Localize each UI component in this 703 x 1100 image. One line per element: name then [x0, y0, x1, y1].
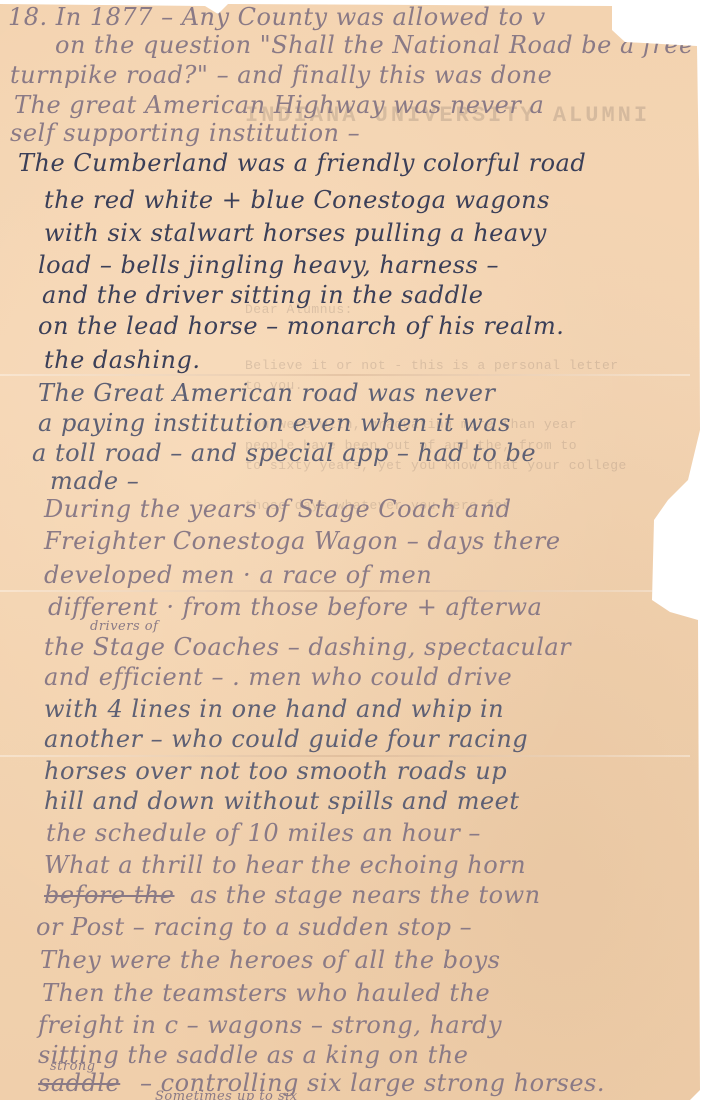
struck-text: before the: [44, 880, 175, 910]
handwritten-line: a toll road – and special app – had to b…: [32, 438, 536, 468]
handwritten-line: Freighter Conestoga Wagon – days there: [44, 526, 561, 556]
handwritten-line: horses over not too smooth roads up: [44, 756, 507, 786]
handwritten-line: the red white + blue Conestoga wagons: [44, 185, 550, 215]
manuscript-page: INDIANA UNIVERSITY ALUMNI Dear Alumnus: …: [0, 0, 703, 1100]
handwritten-line: as the stage nears the town: [190, 880, 541, 910]
handwritten-line: load – bells jingling heavy, harness –: [38, 250, 499, 280]
handwritten-line: a paying institution even when it was: [38, 408, 511, 438]
handwritten-line: on the question "Shall the National Road…: [55, 30, 694, 60]
handwritten-line: turnpike road?" – and finally this was d…: [10, 60, 552, 90]
handwritten-line: hill and down without spills and meet: [44, 786, 520, 816]
handwritten-line: and efficient – . men who could drive: [44, 662, 512, 692]
struck-text: saddle: [38, 1068, 120, 1098]
handwritten-line: with 4 lines in one hand and whip in: [44, 694, 504, 724]
handwritten-line: made –: [50, 466, 139, 496]
handwritten-line: freight in c – wagons – strong, hardy: [38, 1010, 502, 1040]
handwritten-line: the schedule of 10 miles an hour –: [46, 818, 481, 848]
handwritten-line: with six stalwart horses pulling a heavy: [44, 218, 547, 248]
handwritten-line: on the lead horse – monarch of his realm…: [38, 311, 564, 341]
handwritten-line: another – who could guide four racing: [44, 724, 528, 754]
handwritten-line: The Cumberland was a friendly colorful r…: [18, 148, 586, 178]
handwritten-line: What a thrill to hear the echoing horn: [44, 850, 526, 880]
handwritten-line: the dashing.: [44, 345, 201, 375]
handwritten-line: During the years of Stage Coach and: [44, 494, 512, 524]
handwritten-text: 18. In 1877 – Any County was allowed to …: [0, 0, 703, 1100]
inserted-text: Sometimes up to six: [155, 1090, 298, 1100]
handwritten-line: 18. In 1877 – Any County was allowed to …: [8, 2, 546, 32]
handwritten-line: different · from those before + afterwa: [48, 592, 542, 622]
handwritten-line: or Post – racing to a sudden stop –: [36, 912, 472, 942]
handwritten-line: The Great American road was never: [38, 378, 495, 408]
handwritten-line: sitting the saddle as a king on the: [38, 1040, 468, 1070]
handwritten-line: the Stage Coaches – dashing, spectacular: [44, 632, 571, 662]
handwritten-line: They were the heroes of all the boys: [40, 945, 500, 975]
handwritten-line: developed men · a race of men: [44, 560, 432, 590]
handwritten-line: and the driver sitting in the saddle: [42, 280, 483, 310]
handwritten-line: self supporting institution –: [10, 118, 360, 148]
handwritten-line: Then the teamsters who hauled the: [42, 978, 490, 1008]
handwritten-line: The great American Highway was never a: [14, 90, 544, 120]
